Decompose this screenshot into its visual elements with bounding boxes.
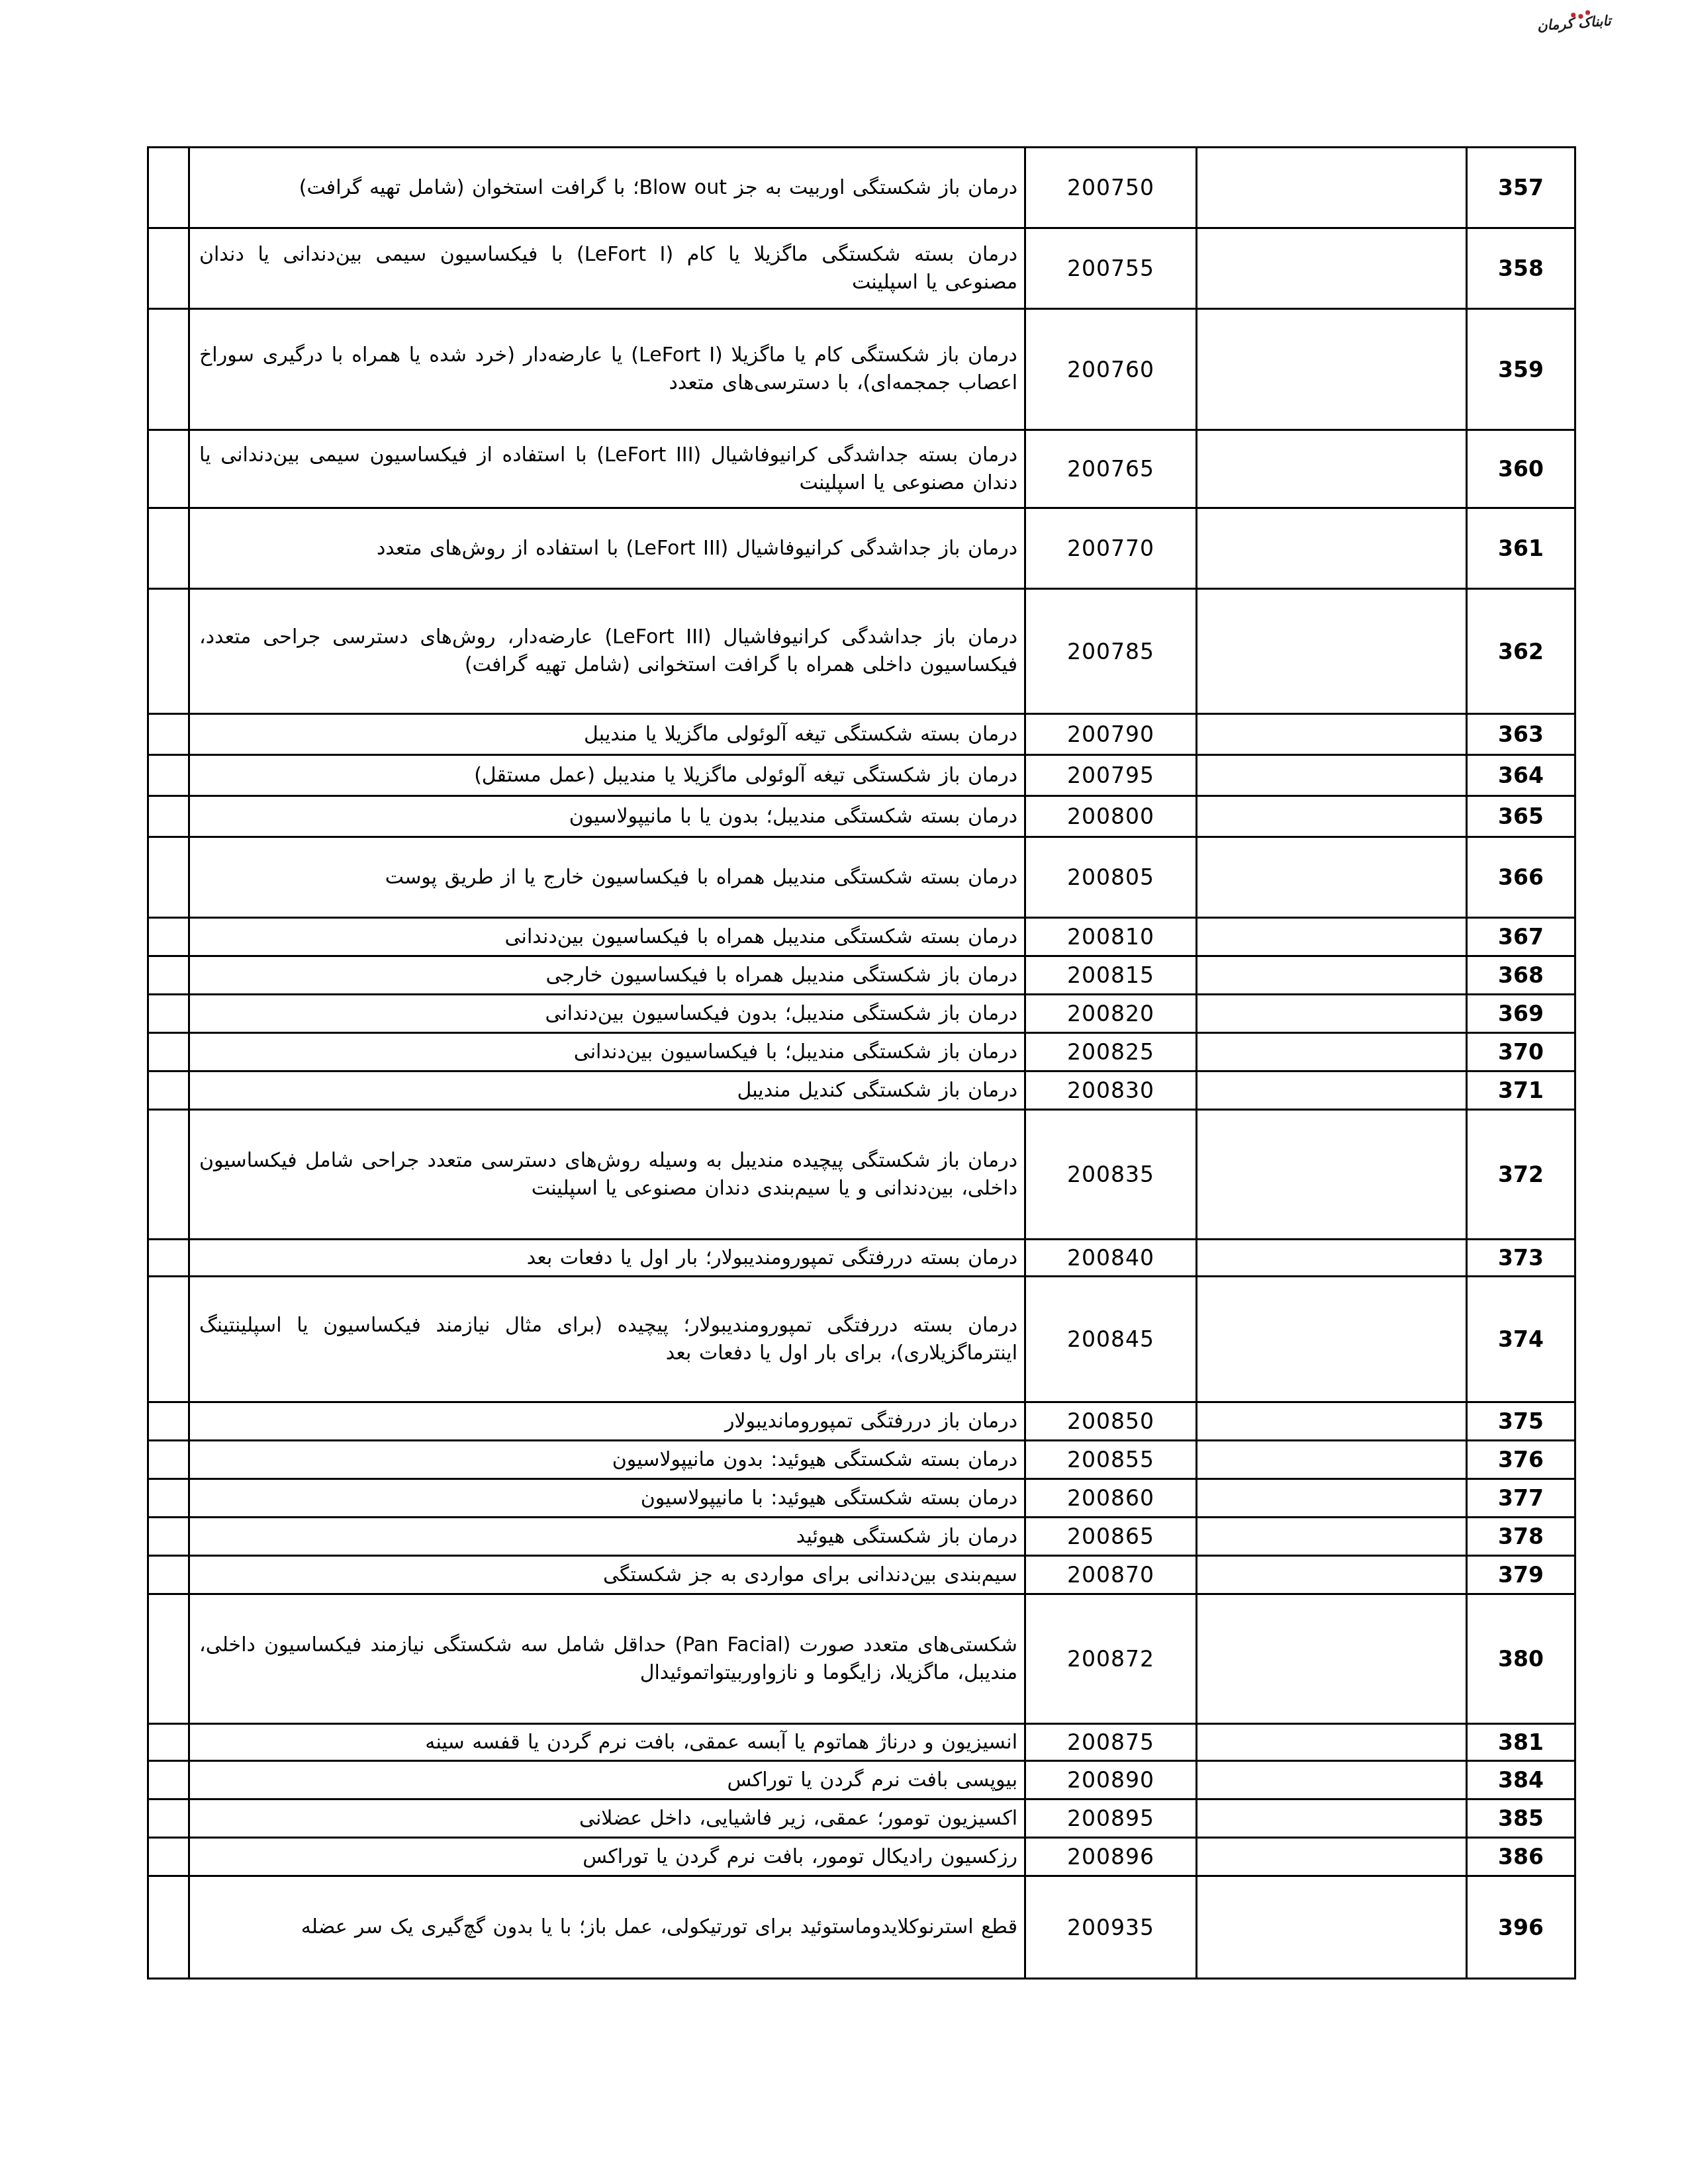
table-row: درمان بسته شکستگی مندیبل همراه با فیکساس… [148, 837, 1575, 918]
procedure-code-cell: 200860 [1025, 1479, 1197, 1518]
margin-cell [148, 1594, 189, 1724]
procedure-code-cell: 200935 [1025, 1876, 1197, 1979]
procedure-description-cell: درمان باز شکستگی مندیبل؛ با فیکساسیون بی… [189, 1033, 1025, 1071]
margin-cell [148, 995, 189, 1033]
table-row: انسیزیون و درناژ هماتوم یا آبسه عمقی، با… [148, 1724, 1575, 1761]
procedure-description-cell: درمان بسته شکستگی مندیبل همراه با فیکساس… [189, 918, 1025, 956]
table-row: درمان بسته شکستگی مندیبل؛ بدون یا با مان… [148, 796, 1575, 837]
margin-cell [148, 1876, 189, 1979]
empty-value-cell [1197, 995, 1467, 1033]
procedure-code-cell: 200785 [1025, 589, 1197, 714]
procedure-code-cell: 200795 [1025, 755, 1197, 796]
empty-value-cell [1197, 1799, 1467, 1838]
table-row: شکستی‌های متعدد صورت (Pan Facial) حداقل … [148, 1594, 1575, 1724]
procedure-code-cell: 200800 [1025, 796, 1197, 837]
procedure-code-cell: 200890 [1025, 1761, 1197, 1799]
margin-cell [148, 1761, 189, 1799]
margin-cell [148, 755, 189, 796]
margin-cell [148, 430, 189, 508]
table-row: درمان بسته جداشدگی کرانیوفاشیال (LeFort … [148, 430, 1575, 508]
table-row: درمان بسته شکستگی ماگزیلا یا کام (LeFort… [148, 228, 1575, 309]
procedure-code-cell: 200755 [1025, 228, 1197, 309]
empty-value-cell [1197, 1441, 1467, 1479]
procedure-code-cell: 200815 [1025, 956, 1197, 995]
row-number-cell: 378 [1467, 1518, 1575, 1556]
row-number-cell: 367 [1467, 918, 1575, 956]
row-number-cell: 386 [1467, 1838, 1575, 1876]
empty-value-cell [1197, 755, 1467, 796]
procedure-description-cell: درمان باز جداشدگی کرانیوفاشیال (LeFort I… [189, 589, 1025, 714]
row-number-cell: 361 [1467, 508, 1575, 589]
table-row: درمان باز شکستگی پیچیده مندیبل به وسیله … [148, 1110, 1575, 1240]
margin-cell [148, 148, 189, 228]
procedure-code-cell: 200845 [1025, 1277, 1197, 1402]
margin-cell [148, 228, 189, 309]
empty-value-cell [1197, 589, 1467, 714]
procedure-code-cell: 200820 [1025, 995, 1197, 1033]
procedure-description-cell: درمان باز شکستگی کندیل مندیبل [189, 1071, 1025, 1110]
row-number-cell: 371 [1467, 1071, 1575, 1110]
row-number-cell: 379 [1467, 1556, 1575, 1594]
procedure-code-cell: 200810 [1025, 918, 1197, 956]
procedure-code-cell: 200896 [1025, 1838, 1197, 1876]
empty-value-cell [1197, 430, 1467, 508]
empty-value-cell [1197, 1761, 1467, 1799]
empty-value-cell [1197, 796, 1467, 837]
procedure-description-cell: درمان باز شکستگی مندیبل؛ بدون فیکساسیون … [189, 995, 1025, 1033]
procedure-description-cell: درمان باز جداشدگی کرانیوفاشیال (LeFort I… [189, 508, 1025, 589]
margin-cell [148, 1033, 189, 1071]
procedure-description-cell: درمان بسته شکستگی هیوئید: بدون مانیپولاس… [189, 1441, 1025, 1479]
margin-cell [148, 918, 189, 956]
empty-value-cell [1197, 1479, 1467, 1518]
table-row: بیوپسی بافت نرم گردن یا توراکس 200890 38… [148, 1761, 1575, 1799]
procedure-code-cell: 200825 [1025, 1033, 1197, 1071]
procedure-description-cell: درمان بسته شکستگی ماگزیلا یا کام (LeFort… [189, 228, 1025, 309]
table-row: درمان بسته دررفتگی تمپورومندیبولار؛ پیچی… [148, 1277, 1575, 1402]
table-row: درمان باز جداشدگی کرانیوفاشیال (LeFort I… [148, 589, 1575, 714]
margin-cell [148, 1518, 189, 1556]
row-number-cell: 357 [1467, 148, 1575, 228]
row-number-cell: 384 [1467, 1761, 1575, 1799]
row-number-cell: 380 [1467, 1594, 1575, 1724]
procedure-description-cell: درمان بسته جداشدگی کرانیوفاشیال (LeFort … [189, 430, 1025, 508]
row-number-cell: 360 [1467, 430, 1575, 508]
procedure-description-cell: درمان باز شکستگی پیچیده مندیبل به وسیله … [189, 1110, 1025, 1240]
row-number-cell: 364 [1467, 755, 1575, 796]
empty-value-cell [1197, 837, 1467, 918]
procedure-description-cell: شکستی‌های متعدد صورت (Pan Facial) حداقل … [189, 1594, 1025, 1724]
empty-value-cell [1197, 714, 1467, 755]
procedure-description-cell: بیوپسی بافت نرم گردن یا توراکس [189, 1761, 1025, 1799]
procedure-description-cell: درمان باز شکستگی تیغه آلوئولی ماگزیلا یا… [189, 755, 1025, 796]
procedure-code-cell: 200770 [1025, 508, 1197, 589]
procedure-description-cell: درمان باز شکستگی مندیبل همراه با فیکساسی… [189, 956, 1025, 995]
margin-cell [148, 1402, 189, 1441]
procedure-code-cell: 200865 [1025, 1518, 1197, 1556]
margin-cell [148, 1277, 189, 1402]
procedure-code-cell: 200840 [1025, 1240, 1197, 1277]
procedure-description-cell: رزکسیون رادیکال تومور، بافت نرم گردن یا … [189, 1838, 1025, 1876]
procedure-code-cell: 200872 [1025, 1594, 1197, 1724]
margin-cell [148, 837, 189, 918]
empty-value-cell [1197, 1556, 1467, 1594]
row-number-cell: 368 [1467, 956, 1575, 995]
procedure-code-cell: 200760 [1025, 309, 1197, 430]
procedure-description-cell: درمان بسته شکستگی هیوئید: با مانیپولاسیو… [189, 1479, 1025, 1518]
empty-value-cell [1197, 1724, 1467, 1761]
table-row: درمان باز شکستگی تیغه آلوئولی ماگزیلا یا… [148, 755, 1575, 796]
procedure-code-cell: 200830 [1025, 1071, 1197, 1110]
site-logo: تابناک کرمان [1536, 9, 1669, 34]
row-number-cell: 385 [1467, 1799, 1575, 1838]
margin-cell [148, 714, 189, 755]
table-row: سیم‌بندی بین‌دندانی برای مواردی به جز شک… [148, 1556, 1575, 1594]
row-number-cell: 365 [1467, 796, 1575, 837]
table-row: درمان بسته شکستگی هیوئید: بدون مانیپولاس… [148, 1441, 1575, 1479]
procedure-code-cell: 200850 [1025, 1402, 1197, 1441]
table-row: رزکسیون رادیکال تومور، بافت نرم گردن یا … [148, 1838, 1575, 1876]
procedure-description-cell: اکسیزیون تومور؛ عمقی، زیر فاشیایی، داخل … [189, 1799, 1025, 1838]
table-row: درمان باز جداشدگی کرانیوفاشیال (LeFort I… [148, 508, 1575, 589]
empty-value-cell [1197, 1594, 1467, 1724]
margin-cell [148, 1838, 189, 1876]
table-row: درمان باز دررفتگی تمپوروماندیبولار 20085… [148, 1402, 1575, 1441]
empty-value-cell [1197, 956, 1467, 995]
empty-value-cell [1197, 508, 1467, 589]
table-row: درمان باز شکستگی مندیبل همراه با فیکساسی… [148, 956, 1575, 995]
procedure-code-cell: 200835 [1025, 1110, 1197, 1240]
table-row: درمان بسته شکستگی تیغه آلوئولی ماگزیلا ی… [148, 714, 1575, 755]
margin-cell [148, 1110, 189, 1240]
empty-value-cell [1197, 1876, 1467, 1979]
margin-cell [148, 1240, 189, 1277]
procedure-code-cell: 200805 [1025, 837, 1197, 918]
margin-cell [148, 309, 189, 430]
procedure-description-cell: درمان باز دررفتگی تمپوروماندیبولار [189, 1402, 1025, 1441]
table-row: درمان باز شکستگی هیوئید 200865 378 [148, 1518, 1575, 1556]
procedure-description-cell: قطع استرنوکلایدوماستوئید برای تورتیکولی،… [189, 1876, 1025, 1979]
row-number-cell: 381 [1467, 1724, 1575, 1761]
table-row: اکسیزیون تومور؛ عمقی، زیر فاشیایی، داخل … [148, 1799, 1575, 1838]
row-number-cell: 366 [1467, 837, 1575, 918]
procedure-description-cell: درمان بسته دررفتگی تمپورومندیبولار؛ بار … [189, 1240, 1025, 1277]
tariff-table: درمان باز شکستگی اوربیت به جز Blow out؛ … [147, 146, 1576, 1979]
empty-value-cell [1197, 1277, 1467, 1402]
procedure-description-cell: درمان باز شکستگی هیوئید [189, 1518, 1025, 1556]
margin-cell [148, 589, 189, 714]
procedure-code-cell: 200765 [1025, 430, 1197, 508]
table-row: درمان باز شکستگی اوربیت به جز Blow out؛ … [148, 148, 1575, 228]
row-number-cell: 363 [1467, 714, 1575, 755]
row-number-cell: 396 [1467, 1876, 1575, 1979]
row-number-cell: 372 [1467, 1110, 1575, 1240]
row-number-cell: 359 [1467, 309, 1575, 430]
table-row: درمان باز شکستگی کام یا ماگزیلا (LeFort … [148, 309, 1575, 430]
procedure-description-cell: درمان باز شکستگی اوربیت به جز Blow out؛ … [189, 148, 1025, 228]
margin-cell [148, 508, 189, 589]
empty-value-cell [1197, 918, 1467, 956]
empty-value-cell [1197, 1110, 1467, 1240]
empty-value-cell [1197, 1838, 1467, 1876]
table-row: درمان باز شکستگی کندیل مندیبل 200830 371 [148, 1071, 1575, 1110]
table-row: درمان باز شکستگی مندیبل؛ بدون فیکساسیون … [148, 995, 1575, 1033]
margin-cell [148, 1724, 189, 1761]
procedure-code-cell: 200750 [1025, 148, 1197, 228]
row-number-cell: 373 [1467, 1240, 1575, 1277]
row-number-cell: 377 [1467, 1479, 1575, 1518]
row-number-cell: 375 [1467, 1402, 1575, 1441]
empty-value-cell [1197, 148, 1467, 228]
procedure-description-cell: درمان بسته دررفتگی تمپورومندیبولار؛ پیچی… [189, 1277, 1025, 1402]
procedure-description-cell: درمان باز شکستگی کام یا ماگزیلا (LeFort … [189, 309, 1025, 430]
procedure-description-cell: سیم‌بندی بین‌دندانی برای مواردی به جز شک… [189, 1556, 1025, 1594]
row-number-cell: 358 [1467, 228, 1575, 309]
procedure-description-cell: درمان بسته شکستگی مندیبل؛ بدون یا با مان… [189, 796, 1025, 837]
procedure-description-cell: انسیزیون و درناژ هماتوم یا آبسه عمقی، با… [189, 1724, 1025, 1761]
empty-value-cell [1197, 309, 1467, 430]
margin-cell [148, 1479, 189, 1518]
procedure-description-cell: درمان بسته شکستگی مندیبل همراه با فیکساس… [189, 837, 1025, 918]
row-number-cell: 374 [1467, 1277, 1575, 1402]
margin-cell [148, 956, 189, 995]
empty-value-cell [1197, 1402, 1467, 1441]
table-row: درمان بسته شکستگی مندیبل همراه با فیکساس… [148, 918, 1575, 956]
table-row: درمان باز شکستگی مندیبل؛ با فیکساسیون بی… [148, 1033, 1575, 1071]
procedure-code-cell: 200895 [1025, 1799, 1197, 1838]
empty-value-cell [1197, 1240, 1467, 1277]
tariff-table-body: درمان باز شکستگی اوربیت به جز Blow out؛ … [148, 148, 1575, 1979]
row-number-cell: 362 [1467, 589, 1575, 714]
margin-cell [148, 1441, 189, 1479]
margin-cell [148, 1556, 189, 1594]
tariff-table-container: درمان باز شکستگی اوربیت به جز Blow out؛ … [147, 146, 1574, 1979]
margin-cell [148, 796, 189, 837]
empty-value-cell [1197, 228, 1467, 309]
table-row: درمان بسته دررفتگی تمپورومندیبولار؛ بار … [148, 1240, 1575, 1277]
empty-value-cell [1197, 1033, 1467, 1071]
row-number-cell: 376 [1467, 1441, 1575, 1479]
row-number-cell: 370 [1467, 1033, 1575, 1071]
row-number-cell: 369 [1467, 995, 1575, 1033]
document-page: تابناک کرمان درمان باز شکستگی اوربیت به … [0, 0, 1688, 2184]
procedure-description-cell: درمان بسته شکستگی تیغه آلوئولی ماگزیلا ی… [189, 714, 1025, 755]
procedure-code-cell: 200875 [1025, 1724, 1197, 1761]
margin-cell [148, 1071, 189, 1110]
table-row: درمان بسته شکستگی هیوئید: با مانیپولاسیو… [148, 1479, 1575, 1518]
procedure-code-cell: 200855 [1025, 1441, 1197, 1479]
table-row: قطع استرنوکلایدوماستوئید برای تورتیکولی،… [148, 1876, 1575, 1979]
empty-value-cell [1197, 1071, 1467, 1110]
procedure-code-cell: 200870 [1025, 1556, 1197, 1594]
procedure-code-cell: 200790 [1025, 714, 1197, 755]
empty-value-cell [1197, 1518, 1467, 1556]
margin-cell [148, 1799, 189, 1838]
